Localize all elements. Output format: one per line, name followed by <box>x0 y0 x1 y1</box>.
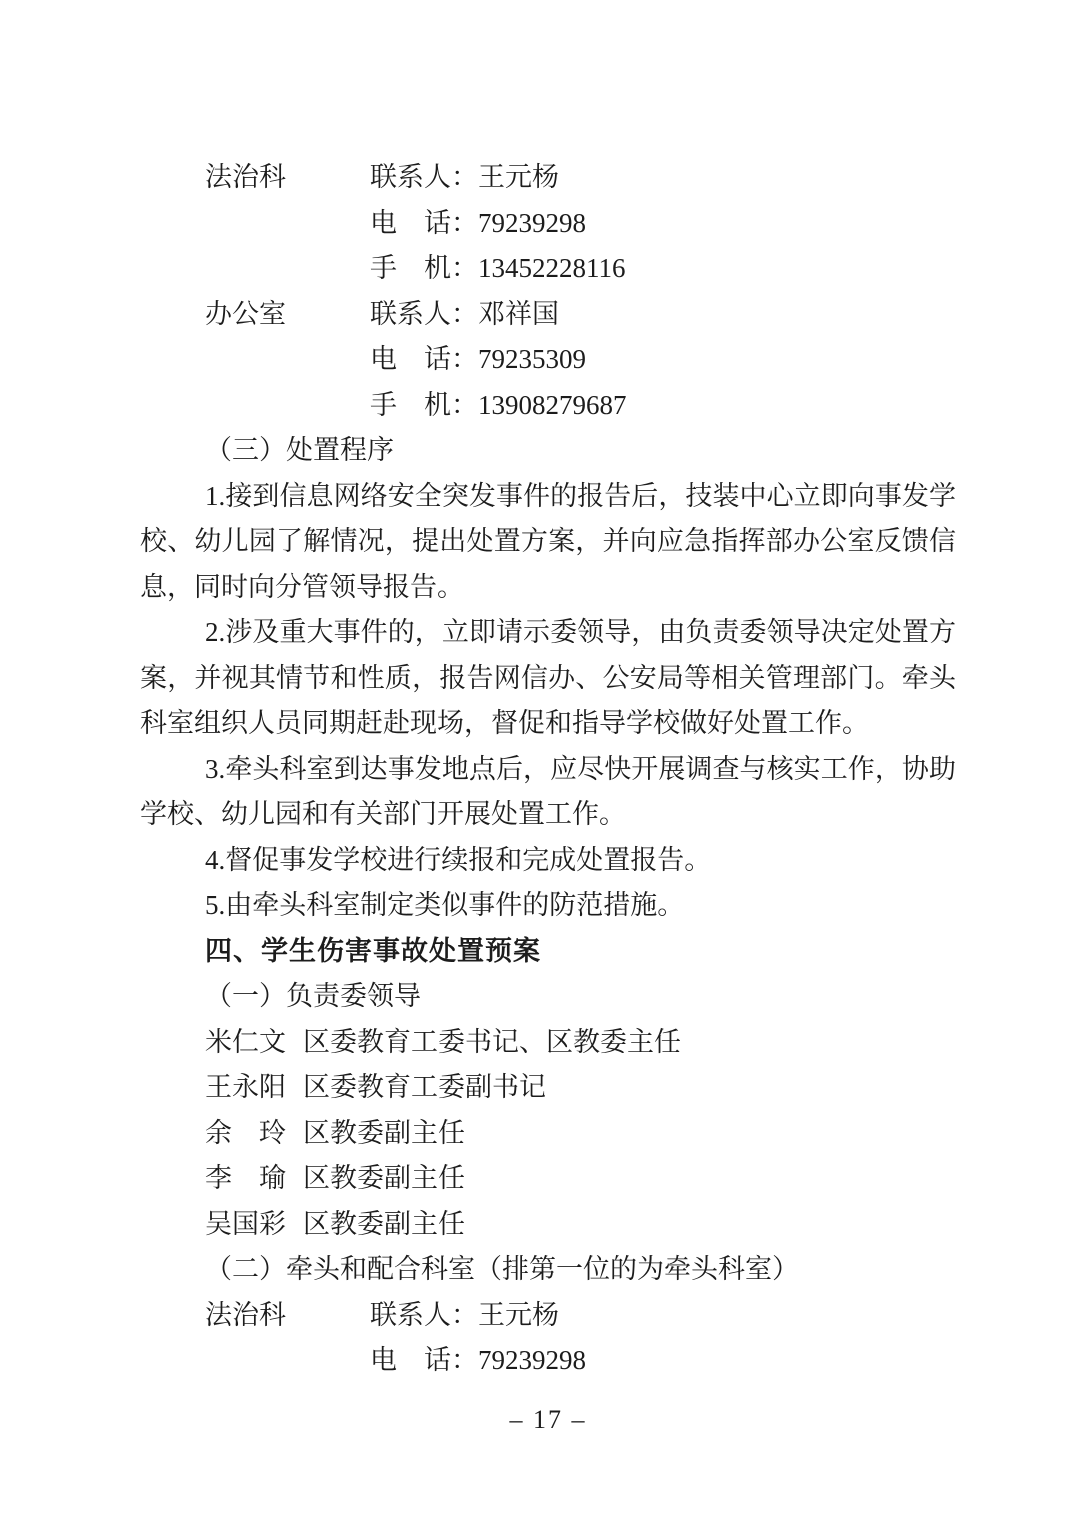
leader-name: 米仁文 <box>205 1020 303 1066</box>
leader-row: 余 玲区教委副主任 <box>140 1111 956 1157</box>
contact-phone: 电 话：79239298 <box>370 208 586 238</box>
contact-row: 法治科联系人：王元杨 <box>140 155 956 201</box>
section-subheading: （二）牵头和配合科室（排第一位的为牵头科室） <box>140 1247 956 1293</box>
contact-row: 法治科联系人：王元杨 <box>140 1293 956 1339</box>
page-number: – 17 – <box>140 1397 956 1443</box>
leader-title: 区教委副主任 <box>303 1209 465 1239</box>
leader-name: 王永阳 <box>205 1065 303 1111</box>
leader-name: 余 玲 <box>205 1111 303 1157</box>
section-subheading: （一）负责委领导 <box>140 974 956 1020</box>
section-subheading: （三）处置程序 <box>140 428 956 474</box>
leader-name: 吴国彩 <box>205 1202 303 1248</box>
contact-row: 手 机：13452228116 <box>140 246 956 292</box>
dept-label: 法治科 <box>205 155 370 201</box>
contact-mobile: 手 机：13908279687 <box>370 390 627 420</box>
contact-phone: 电 话：79239298 <box>370 1345 586 1375</box>
contact-person: 联系人：王元杨 <box>370 162 559 192</box>
contact-person: 联系人：邓祥国 <box>370 299 559 329</box>
leader-row: 王永阳区委教育工委副书记 <box>140 1065 956 1111</box>
contact-phone: 电 话：79235309 <box>370 344 586 374</box>
leader-title: 区委教育工委副书记 <box>303 1072 546 1102</box>
paragraph: 5.由牵头科室制定类似事件的防范措施。 <box>140 883 956 929</box>
document-page: 法治科联系人：王元杨 电 话：79239298 手 机：13452228116 … <box>0 0 1074 1520</box>
paragraph: 2.涉及重大事件的，立即请示委领导，由负责委领导决定处置方案，并视其情节和性质，… <box>140 610 956 747</box>
contact-row: 办公室联系人：邓祥国 <box>140 292 956 338</box>
leader-title: 区委教育工委书记、区教委主任 <box>303 1027 681 1057</box>
contact-row: 手 机：13908279687 <box>140 383 956 429</box>
contact-row: 电 话：79235309 <box>140 337 956 383</box>
dept-label: 办公室 <box>205 292 370 338</box>
paragraph: 3.牵头科室到达事发地点后，应尽快开展调查与核实工作，协助学校、幼儿园和有关部门… <box>140 747 956 838</box>
leader-title: 区教委副主任 <box>303 1163 465 1193</box>
leader-title: 区教委副主任 <box>303 1118 465 1148</box>
paragraph: 4.督促事发学校进行续报和完成处置报告。 <box>140 838 956 884</box>
section-heading: 四、学生伤害事故处置预案 <box>140 929 956 975</box>
contact-row: 电 话：79239298 <box>140 1338 956 1384</box>
leader-row: 李 瑜区教委副主任 <box>140 1156 956 1202</box>
contact-mobile: 手 机：13452228116 <box>370 253 626 283</box>
paragraph: 1.接到信息网络安全突发事件的报告后，技装中心立即向事发学校、幼儿园了解情况，提… <box>140 474 956 611</box>
contact-person: 联系人：王元杨 <box>370 1300 559 1330</box>
dept-label: 法治科 <box>205 1293 370 1339</box>
leader-row: 米仁文区委教育工委书记、区教委主任 <box>140 1020 956 1066</box>
document-body: 法治科联系人：王元杨 电 话：79239298 手 机：13452228116 … <box>140 155 956 1384</box>
leader-name: 李 瑜 <box>205 1156 303 1202</box>
contact-row: 电 话：79239298 <box>140 201 956 247</box>
leader-row: 吴国彩区教委副主任 <box>140 1202 956 1248</box>
